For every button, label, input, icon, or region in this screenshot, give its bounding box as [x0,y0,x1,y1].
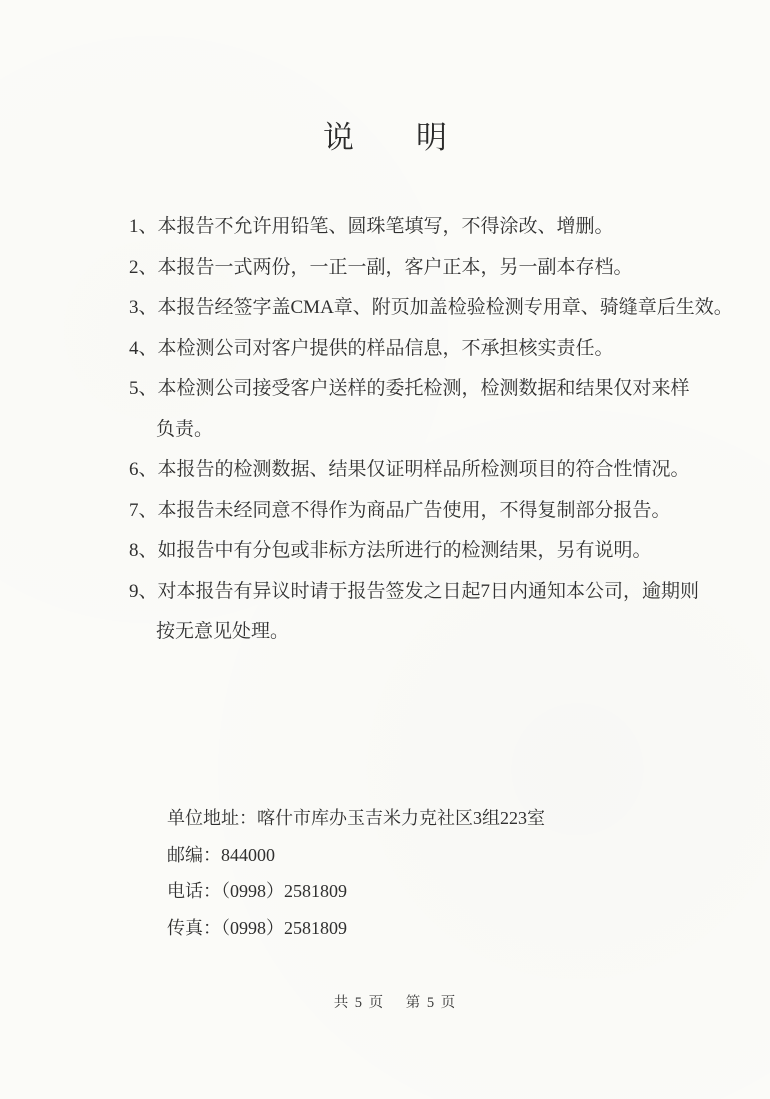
document-page: 说 明 1、本报告不允许用铅笔、圆珠笔填写，不得涂改、增删。2、本报告一式两份，… [0,0,770,1099]
contact-block: 单位地址：喀什市库办玉吉米力克社区3组223室 邮编：844000 电话：（09… [167,800,545,946]
note-item: 4、本检测公司对客户提供的样品信息，不承担核实责任。 [129,329,770,370]
contact-address-label: 单位地址： [167,808,257,828]
note-item: 1、本报告不允许用铅笔、圆珠笔填写，不得涂改、增删。 [129,207,770,248]
note-item: 2、本报告一式两份，一正一副，客户正本，另一副本存档。 [129,248,770,289]
contact-postcode: 邮编：844000 [167,837,545,874]
contact-phone-label: 电话： [167,881,221,901]
contact-phone-value: （0998）2581809 [221,881,347,901]
contact-fax-value: （0998）2581809 [221,918,347,938]
note-item: 6、本报告的检测数据、结果仅证明样品所检测项目的符合性情况。 [129,450,770,491]
page-count: 共 5 页 第 5 页 [334,995,457,1011]
notes-list: 1、本报告不允许用铅笔、圆珠笔填写，不得涂改、增删。2、本报告一式两份，一正一副… [129,207,770,653]
document-title: 说 明 [0,112,770,157]
note-item: 5、本检测公司接受客户送样的委托检测，检测数据和结果仅对来样 负责。 [129,369,770,450]
contact-phone: 电话：（0998）2581809 [167,873,545,910]
contact-postcode-value: 844000 [221,845,275,865]
contact-fax: 传真：（0998）2581809 [167,910,545,947]
note-item: 8、如报告中有分包或非标方法所进行的检测结果，另有说明。 [129,531,770,572]
contact-address-value: 喀什市库办玉吉米力克社区3组223室 [257,808,545,828]
note-item: 3、本报告经签字盖CMA章、附页加盖检验检测专用章、骑缝章后生效。 [129,288,770,329]
contact-fax-label: 传真： [167,918,221,938]
page-footer: 共 5 页 第 5 页 [0,974,770,1029]
contact-address: 单位地址：喀什市库办玉吉米力克社区3组223室 [167,800,545,837]
note-item: 9、对本报告有异议时请于报告签发之日起7日内通知本公司，逾期则 按无意见处理。 [129,572,770,653]
note-item: 7、本报告未经同意不得作为商品广告使用，不得复制部分报告。 [129,491,770,532]
contact-postcode-label: 邮编： [167,845,221,865]
